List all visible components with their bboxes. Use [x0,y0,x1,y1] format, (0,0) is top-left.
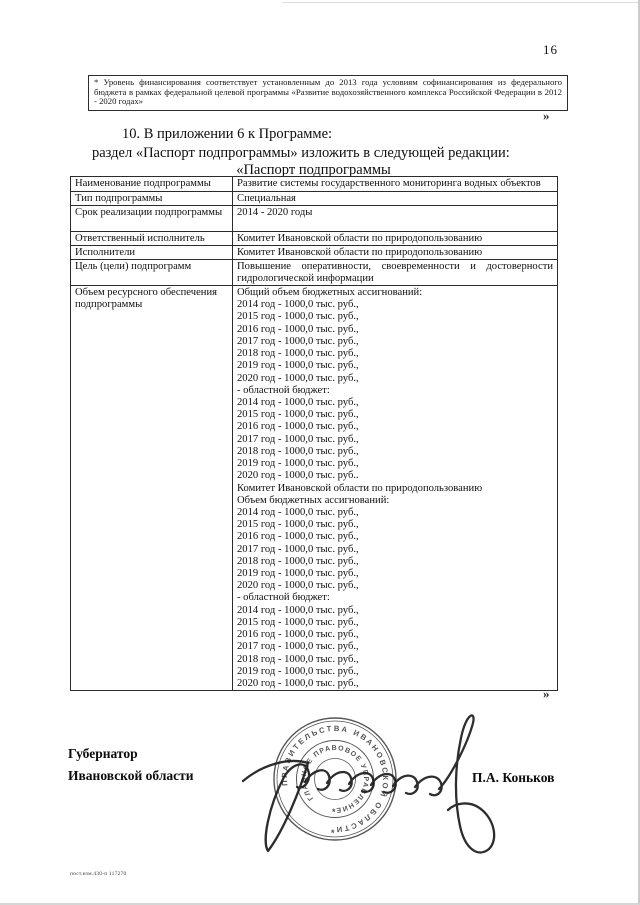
paragraph-line-1: 10. В приложении 6 к Программе: [122,126,332,143]
signatory-title-line-1: Губернатор [68,746,138,762]
budget-line: 2019 год - 1000,0 тыс. руб., [237,568,553,580]
budget-line: - областной бюджет: [237,385,553,397]
table-row: Срок реализации подпрограммы 2014 - 2020… [71,206,558,232]
budget-line: 2014 год - 1000,0 тыс. руб., [237,507,553,519]
row-value: Комитет Ивановской области по природопол… [233,246,558,260]
row-label: Ответственный исполнитель [71,232,233,246]
budget-line: Общий объем бюджетных ассигнований: [237,287,553,299]
row-value: Комитет Ивановской области по природопол… [233,232,558,246]
table-row: Тип подпрограммы Специальная [71,192,558,206]
footer-doc-code: пост.изм.430-п 117270 [70,871,126,877]
budget-line: 2016 год - 1000,0 тыс. руб., [237,324,553,336]
budget-line: 2015 год - 1000,0 тыс. руб., [237,519,553,531]
budget-line: 2019 год - 1000,0 тыс. руб., [237,666,553,678]
official-stamp-icon: ПРАВИТЕЛЬСТВА ИВАНОВСКОЙ ОБЛАСТИ ГЛАВНОЕ… [273,717,397,841]
budget-line: - областной бюджет: [237,592,553,604]
stamp-asterisk-icon: * [331,828,335,838]
stamp-and-signature-area: ПРАВИТЕЛЬСТВА ИВАНОВСКОЙ ОБЛАСТИ ГЛАВНОЕ… [225,698,530,870]
document-page: 16 * Уровень финансирования соответствуе… [0,0,640,905]
budget-line: 2018 год - 1000,0 тыс. руб., [237,556,553,568]
table-row: Исполнители Комитет Ивановской области п… [71,246,558,260]
table-row: Объем ресурсного обеспечения подпрограмм… [71,286,558,691]
row-label: Наименование подпрограммы [71,177,233,192]
closing-quote-mark: » [543,108,550,124]
budget-line: 2017 год - 1000,0 тыс. руб., [237,544,553,556]
budget-line: 2018 год - 1000,0 тыс. руб., [237,654,553,666]
budget-line: 2014 год - 1000,0 тыс. руб., [237,605,553,617]
budget-line: 2016 год - 1000,0 тыс. руб., [237,629,553,641]
signatory-title-line-2: Ивановской области [68,768,194,784]
stamp-asterisk-icon: * [332,807,336,817]
budget-line: 2020 год - 1000,0 тыс. руб., [237,580,553,592]
budget-line: 2020 год - 1000,0 тыс. руб., [237,678,553,690]
row-value: 2014 - 2020 годы [233,206,558,232]
budget-line: 2020 год - 1000,0 тыс. руб., [237,373,553,385]
table-row: Цель (цели) подпрограмм Повышение операт… [71,260,558,286]
closing-quote-mark: » [543,686,550,702]
row-label: Объем ресурсного обеспечения подпрограмм… [71,286,233,691]
budget-lines-cell: Общий объем бюджетных ассигнований:2014 … [233,286,558,691]
scan-artifact-line [282,2,638,3]
row-label: Срок реализации подпрограммы [71,206,233,232]
row-label: Тип подпрограммы [71,192,233,206]
budget-line: 2016 год - 1000,0 тыс. руб., [237,531,553,543]
footnote-box: * Уровень финансирования соответствует у… [88,75,568,111]
row-label: Цель (цели) подпрограмм [71,260,233,286]
row-value: Развитие системы государственного монито… [233,177,558,192]
budget-line: 2019 год - 1000,0 тыс. руб., [237,360,553,372]
budget-line: 2017 год - 1000,0 тыс. руб., [237,641,553,653]
budget-line: 2017 год - 1000,0 тыс. руб., [237,434,553,446]
footnote-text: * Уровень финансирования соответствует у… [94,77,562,106]
budget-line: Объем бюджетных ассигнований: [237,495,553,507]
page-number: 16 [543,42,558,58]
table-row: Ответственный исполнитель Комитет Иванов… [71,232,558,246]
row-value: Специальная [233,192,558,206]
budget-line: 2016 год - 1000,0 тыс. руб., [237,421,553,433]
budget-line: 2015 год - 1000,0 тыс. руб., [237,409,553,421]
budget-line: 2018 год - 1000,0 тыс. руб., [237,348,553,360]
budget-line: Комитет Ивановской области по природопол… [237,483,553,495]
budget-line: 2017 год - 1000,0 тыс. руб., [237,336,553,348]
budget-line: 2019 год - 1000,0 тыс. руб., [237,458,553,470]
budget-line: 2015 год - 1000,0 тыс. руб., [237,617,553,629]
table-row: Наименование подпрограммы Развитие систе… [71,177,558,192]
budget-line: 2015 год - 1000,0 тыс. руб., [237,311,553,323]
budget-line: 2018 год - 1000,0 тыс. руб., [237,446,553,458]
row-label: Исполнители [71,246,233,260]
budget-line: 2014 год - 1000,0 тыс. руб., [237,397,553,409]
passport-table: Наименование подпрограммы Развитие систе… [70,176,558,691]
budget-line: 2014 год - 1000,0 тыс. руб., [237,299,553,311]
budget-line: 2020 год - 1000,0 тыс. руб.. [237,470,553,482]
row-value: Повышение оперативности, своевременности… [233,260,558,286]
paragraph-line-2: раздел «Паспорт подпрограммы» изложить в… [92,145,510,162]
